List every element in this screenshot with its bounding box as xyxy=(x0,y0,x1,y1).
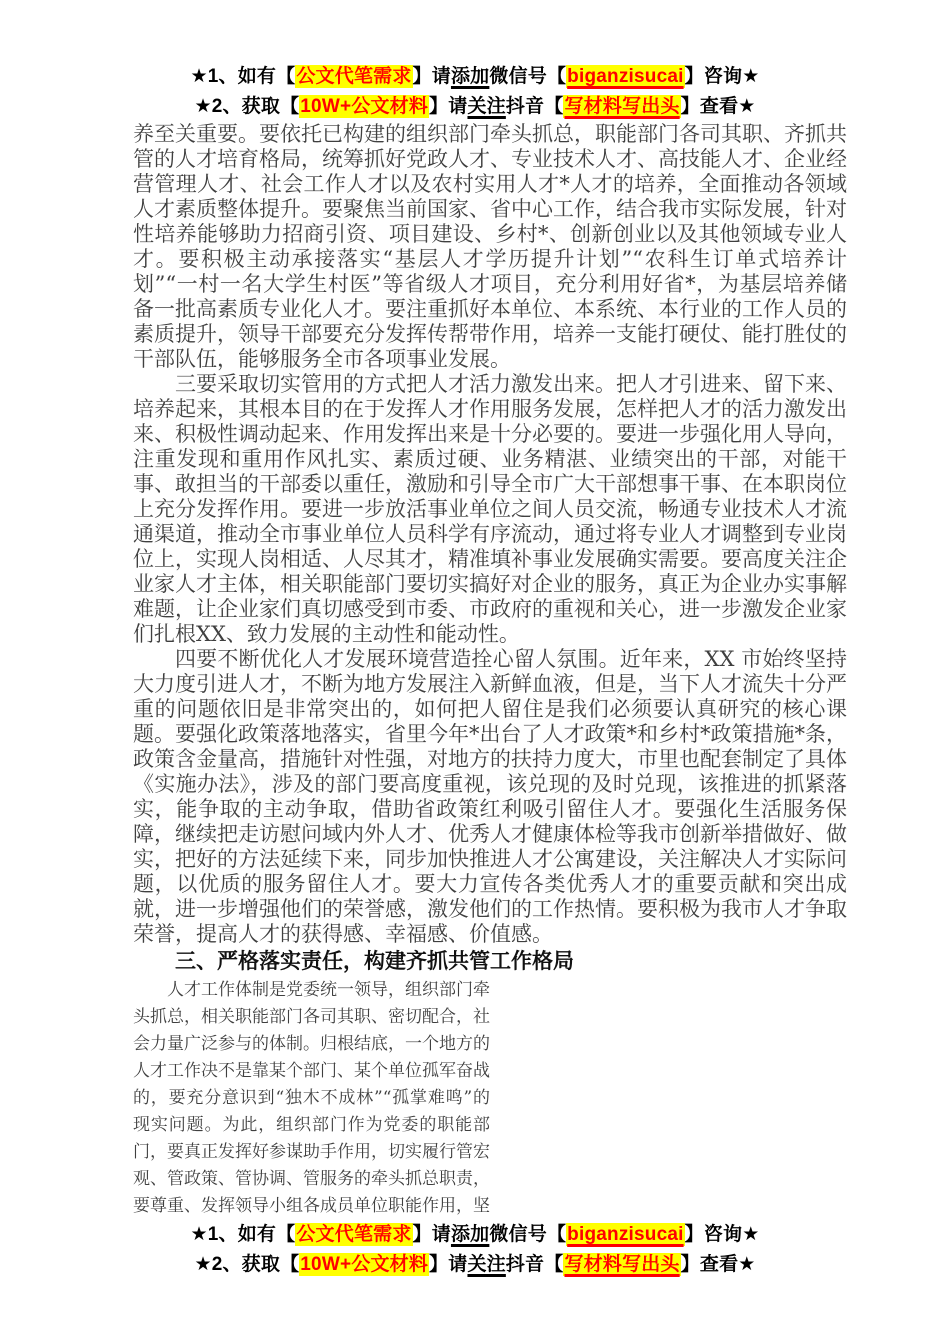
promo-text: ★1、如有【 xyxy=(191,66,296,87)
wechat-id-highlight: biganzisucai xyxy=(566,1223,684,1246)
paragraph-four-yao: 四要不断优化人才发展环境营造拴心留人氛围。近年来，XX 市始终坚持大力度引进人才… xyxy=(133,647,847,947)
promo-text: 】查看★ xyxy=(681,96,756,117)
promo-line-1: ★1、如有【公文代笔需求】请添加微信号【biganzisucai】咨询★ xyxy=(0,62,950,92)
paragraph-three-yao: 三要采取切实管用的方式把人才活力激发出来。把人才引进来、留下来、培养起来，其根本… xyxy=(133,372,847,647)
promo-text: 】咨询★ xyxy=(685,66,760,87)
promo-text: ★1、如有【 xyxy=(191,1224,296,1245)
promo-text: 】请 xyxy=(413,66,451,87)
promo-underlined-text: 添加 xyxy=(451,66,489,87)
wrapped-paragraph: 人才工作体制是党委统一领导，组织部门牵头抓总，相关职能部门各司其职、密切配合，社… xyxy=(133,977,490,1220)
promo-highlight: 10W+公文材料 xyxy=(299,95,429,118)
promo-highlight: 10W+公文材料 xyxy=(299,1253,429,1276)
document-page: ★1、如有【公文代笔需求】请添加微信号【biganzisucai】咨询★ ★2、… xyxy=(0,0,950,1344)
paragraph-continuation: 养至关重要。要依托已构建的组织部门牵头抓总，职能部门各司其职、齐抓共管的人才培育… xyxy=(133,122,847,372)
promo-text: 】请 xyxy=(429,96,467,117)
document-body: 养至关重要。要依托已构建的组织部门牵头抓总，职能部门各司其职、齐抓共管的人才培育… xyxy=(133,122,847,1220)
promo-line-2: ★2、获取【10W+公文材料】请关注抖音【写材料写出头】查看★ xyxy=(0,92,950,122)
promo-underlined-text: 关注 xyxy=(467,96,505,117)
promo-text: 抖音【 xyxy=(506,96,564,117)
promo-underlined-text: 关注 xyxy=(467,1254,505,1275)
douyin-id-highlight: 写材料写出头 xyxy=(563,95,680,118)
promo-text: ★2、获取【 xyxy=(194,1254,299,1275)
promo-banner-bottom: ★1、如有【公文代笔需求】请添加微信号【biganzisucai】咨询★ ★2、… xyxy=(0,1220,950,1280)
promo-underlined-text: 添加 xyxy=(451,1224,489,1245)
promo-line-2: ★2、获取【10W+公文材料】请关注抖音【写材料写出头】查看★ xyxy=(0,1250,950,1280)
douyin-id-highlight: 写材料写出头 xyxy=(563,1253,680,1276)
promo-text: 抖音【 xyxy=(506,1254,564,1275)
promo-text: 】查看★ xyxy=(681,1254,756,1275)
promo-text: 微信号【 xyxy=(489,1224,566,1245)
promo-text: 微信号【 xyxy=(489,66,566,87)
promo-text: 】请 xyxy=(429,1254,467,1275)
promo-text: 】请 xyxy=(413,1224,451,1245)
promo-text: ★2、获取【 xyxy=(194,96,299,117)
section-heading: 三、严格落实责任，构建齐抓共管工作格局 xyxy=(133,947,847,977)
promo-highlight: 公文代笔需求 xyxy=(295,65,412,88)
promo-text: 】咨询★ xyxy=(685,1224,760,1245)
promo-line-1: ★1、如有【公文代笔需求】请添加微信号【biganzisucai】咨询★ xyxy=(0,1220,950,1250)
wechat-id-highlight: biganzisucai xyxy=(566,65,684,88)
promo-highlight: 公文代笔需求 xyxy=(295,1223,412,1246)
promo-banner-top: ★1、如有【公文代笔需求】请添加微信号【biganzisucai】咨询★ ★2、… xyxy=(0,0,950,122)
